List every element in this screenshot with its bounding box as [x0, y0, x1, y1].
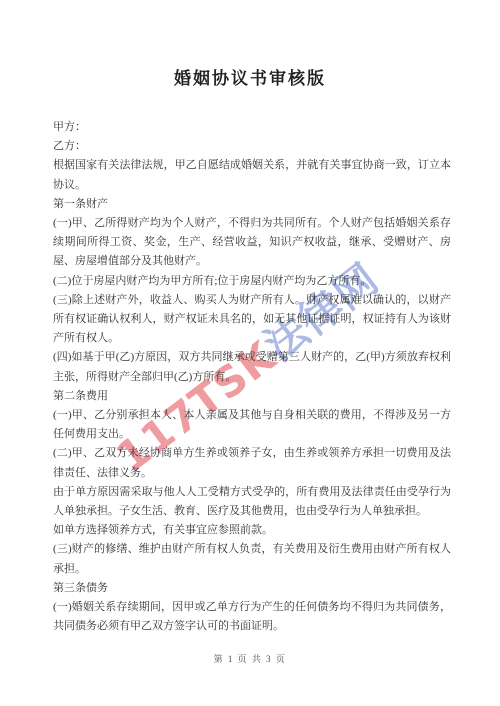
paragraph: (一)婚姻关系存续期间，因甲或乙单方行为产生的任何债务均不得归为共同债务，共同债… — [53, 598, 451, 636]
paragraph: (三)财产的修缮、维护由财产所有权人负责，有关费用及衍生费用由财产所有权人承担。 — [53, 540, 451, 578]
paragraph: (二)甲、乙双方未经协商单方生养或领养子女，由生养或领养方承担一切费用及法律责任… — [53, 444, 451, 482]
paragraph: (四)如基于甲(乙)方原因，双方共同继承或受赠第三人财产的，乙(甲)方须放弃权利… — [53, 348, 451, 386]
paragraph: (一)甲、乙所得财产均为个人财产，不得归为共同所有。个人财产包括婚姻关系存续期间… — [53, 214, 451, 272]
paragraph: 甲方： — [53, 118, 451, 137]
document-body: 甲方：乙方：根据国家有关法律法规，甲乙自愿结成婚姻关系，并就有关事宜协商一致，订… — [53, 118, 451, 636]
paragraph: 根据国家有关法律法规，甲乙自愿结成婚姻关系，并就有关事宜协商一致，订立本协议。 — [53, 156, 451, 194]
paragraph: 如单方选择领养方式，有关事宜应参照前款。 — [53, 521, 451, 540]
paragraph: (三)除上述财产外，收益人、购买人为财产所有人。财产权属难以确认的，以财产所有权… — [53, 291, 451, 349]
document-title: 婚姻协议书审核版 — [0, 64, 500, 89]
paragraph: 乙方： — [53, 137, 451, 156]
paragraph: 第一条财产 — [53, 195, 451, 214]
paragraph: 第二条费用 — [53, 387, 451, 406]
paragraph: 第三条债务 — [53, 579, 451, 598]
paragraph: (一)甲、乙分别承担本人、本人亲属及其他与自身相关联的费用，不得涉及另一方任何费… — [53, 406, 451, 444]
document-page: 117TSK法律网 婚姻协议书审核版 甲方：乙方：根据国家有关法律法规，甲乙自愿… — [0, 0, 500, 706]
paragraph: (二)位于房屋内财产均为甲方所有;位于房屋内财产均为乙方所有。 — [53, 272, 451, 291]
paragraph: 由于单方原因需采取与他人人工受精方式受孕的，所有费用及法律责任由受孕行为人单独承… — [53, 483, 451, 521]
page-footer: 第 1 页 共 3 页 — [0, 652, 500, 665]
